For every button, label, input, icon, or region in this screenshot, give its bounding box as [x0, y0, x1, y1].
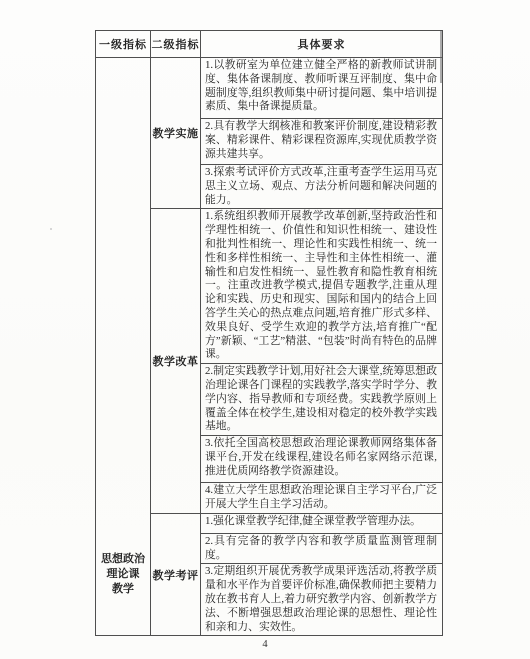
cell-secondary-teaching-implementation: 教学实施	[151, 58, 201, 209]
requirement-item: 2.制定实践教学计划,用好社会大课堂,统筹思想政治理论课各门课程的实践教学,落实…	[201, 364, 443, 436]
cell-secondary-teaching-reform: 教学改革	[151, 209, 201, 513]
page-number: 4	[0, 639, 530, 650]
cell-secondary-teaching-evaluation: 教学考评	[151, 513, 201, 636]
requirement-item: 3.探索考试评价方式改革,注重考查学生运用马克思主义立场、观点、方法分析问题和解…	[201, 165, 443, 209]
cell-primary-indicator: 思想政治 理论课 教学	[96, 58, 151, 636]
table-row: 思想政治 理论课 教学 教学实施 1.以教研室为单位建立健全严格的新教师试讲制度…	[96, 58, 443, 119]
header-primary-indicator: 一级指标	[96, 31, 151, 58]
table-header-row: 一级指标 二级指标 具体要求	[96, 31, 443, 58]
requirement-item: 2.具有教学大纲核准和教案评价制度,建设精彩教案、精彩课件、精彩课程资源库,实现…	[201, 119, 443, 165]
requirement-item: 3.依托全国高校思想政治理论课教师网络集体备课平台,开发在线课程,建设名师名家网…	[201, 436, 443, 483]
indicator-table: 一级指标 二级指标 具体要求 思想政治 理论课 教学 教学实施 1.以教研室为单…	[95, 30, 443, 636]
requirement-item: 1.系统组织教师开展教学改革创新,坚持政治性和学理性相统一、价值性和知识性相统一…	[201, 209, 443, 364]
requirement-item: 3.定期组织开展优秀教学成果评选活动,将教学质量和水平作为首要评价标准,确保教师…	[201, 564, 443, 636]
requirement-item: 2.具有完备的教学内容和教学质量监测管理制度。	[201, 533, 443, 564]
scan-artifact	[440, 31, 442, 83]
scanned-document-page: 一级指标 二级指标 具体要求 思想政治 理论课 教学 教学实施 1.以教研室为单…	[0, 0, 530, 659]
requirement-item: 1.以教研室为单位建立健全严格的新教师试讲制度、集体备课制度、教师听课互评制度、…	[201, 58, 443, 119]
requirement-item: 1.强化课堂教学纪律,健全课堂教学管理办法。	[201, 513, 443, 533]
header-secondary-indicator: 二级指标	[151, 31, 201, 58]
header-specific-requirements: 具体要求	[201, 31, 443, 58]
scan-speck	[50, 228, 52, 230]
requirement-item: 4.建立大学生思想政治理论课自主学习平台,广泛开展大学生自主学习活动。	[201, 483, 443, 514]
